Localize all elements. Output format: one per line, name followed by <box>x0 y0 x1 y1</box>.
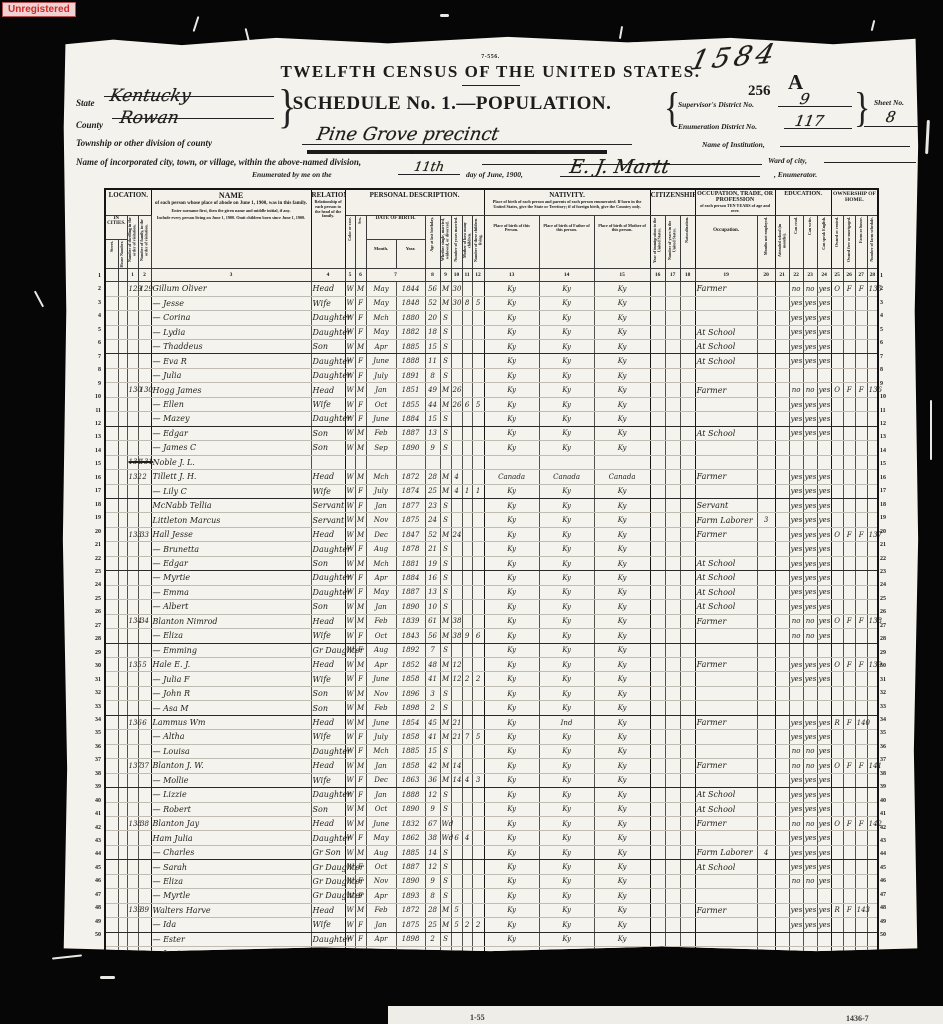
cell-blank <box>105 412 118 426</box>
row-number-left: 21 <box>88 539 101 552</box>
cell-can-read: yes <box>789 513 803 527</box>
cell-years-married <box>451 441 462 455</box>
cell-color: W <box>345 686 355 700</box>
cell-mother-of <box>462 614 472 628</box>
cell-speak-english: yes <box>817 802 831 816</box>
row-numbers-left: 1234567891011121314151617181920212223242… <box>88 270 101 943</box>
cell-family-number <box>138 498 151 512</box>
cell-dwelling-number <box>127 802 138 816</box>
cell-free-mortgaged <box>843 672 855 686</box>
table-row: — EmmingGr DaughterWFAug18927SKyKyKy <box>105 643 878 657</box>
cell-blank <box>105 701 118 715</box>
cell-blank <box>665 282 680 296</box>
cell-speak-english: yes <box>817 874 831 888</box>
column-number: 17 <box>665 269 680 282</box>
cell-family-number <box>138 672 151 686</box>
cell-farm-house <box>855 831 867 845</box>
cell-birth-month: Feb <box>366 426 396 440</box>
cell-age: 52 <box>425 296 440 310</box>
cell-can-read: yes <box>789 788 803 802</box>
cell-pob-person: Ky <box>484 513 539 527</box>
cell-pob-mother: Ky <box>594 788 650 802</box>
cell-blank <box>775 788 789 802</box>
cell-sex: F <box>355 629 366 643</box>
cell-blank <box>118 383 127 397</box>
cell-name: — Brunetta <box>151 542 311 556</box>
cell-birth-year <box>396 455 425 469</box>
table-row: — Julia FWifeWFJune185841M1222KyKyKyyesy… <box>105 672 878 686</box>
cell-birth-year: 1890 <box>396 874 425 888</box>
table-row: — BrunettaDaughterWFAug187821SKyKyKyyesy… <box>105 542 878 556</box>
cell-free-mortgaged <box>843 860 855 874</box>
cell-can-write: yes <box>803 470 817 484</box>
cell-blank <box>105 918 118 932</box>
sheet-underline <box>864 126 920 127</box>
cell-age: 38 <box>425 975 440 989</box>
cell-farm-schedule: 137 <box>867 527 878 541</box>
row-number-left: 41 <box>88 808 101 821</box>
cell-birth-year: 1890 <box>396 441 425 455</box>
row-number-left: 24 <box>88 579 101 592</box>
cell-dwelling-number <box>127 571 138 585</box>
table-row: — John RSonWMNov18963SKyKyKy <box>105 686 878 700</box>
cell-pob-person: Ky <box>484 571 539 585</box>
cell-pob-father: Ky <box>539 296 594 310</box>
cell-birth-month: Feb <box>366 701 396 715</box>
cell-color: W <box>345 701 355 715</box>
cell-years-married <box>451 600 462 614</box>
table-row: — EmmaDaughterWFMay188713SKyKyKyAt Schoo… <box>105 585 878 599</box>
cell-blank <box>105 629 118 643</box>
cell-owned-rented <box>831 918 843 932</box>
cell-pob-person: Ky <box>484 686 539 700</box>
cell-sex: F <box>355 744 366 758</box>
cell-farm-schedule <box>867 600 878 614</box>
header-years-us: Number of years in the United States. <box>665 215 680 269</box>
cell-farm-house <box>855 542 867 556</box>
cell-farm-house: F <box>855 657 867 671</box>
cell-birth-month: Mch <box>366 470 396 484</box>
cell-farm-schedule <box>867 788 878 802</box>
cell-farm-schedule <box>867 802 878 816</box>
cell-name: Blanton Nimrod <box>151 614 311 628</box>
cell-speak-english: yes <box>817 614 831 628</box>
cell-pob-mother: Ky <box>594 441 650 455</box>
cell-mother-of: 4 <box>462 773 472 787</box>
cell-relation: Daughter <box>311 831 345 845</box>
cell-speak-english: yes <box>817 860 831 874</box>
cell-name: — Eva R <box>151 354 311 368</box>
cell-farm-house <box>855 513 867 527</box>
cell-blank <box>680 643 695 657</box>
cell-months-not-employed <box>757 889 775 903</box>
row-number-left: 6 <box>88 337 101 350</box>
cell-blank <box>650 816 665 830</box>
header-attended-school: Attended school (in months). <box>775 215 789 269</box>
cell-blank <box>775 325 789 339</box>
row-number-left: 27 <box>88 620 101 633</box>
cell-blank <box>775 455 789 469</box>
table-row: — ElizaGr DaughterWFNov18909SKyKyKynonoy… <box>105 874 878 888</box>
cell-mother-of <box>462 340 472 354</box>
cell-blank <box>665 831 680 845</box>
cell-color: W <box>345 845 355 859</box>
table-row: — James CSonWMSep18909SKyKyKy <box>105 441 878 455</box>
cell-mother-of <box>462 816 472 830</box>
cell-months-not-employed <box>757 629 775 643</box>
cell-birth-month: May <box>366 282 396 296</box>
table-row: — MollieWifeWFDec186336M1443KyKyKyyesyes… <box>105 773 878 787</box>
cell-marital: S <box>440 498 451 512</box>
cell-mother-of <box>462 715 472 729</box>
cell-can-write: yes <box>803 311 817 325</box>
cell-age: 8 <box>425 368 440 382</box>
census-sheet-paper: 7-556. TWELFTH CENSUS OF THE UNITED STAT… <box>62 36 919 952</box>
cell-birth-month: Mch <box>366 990 396 1005</box>
cell-relation: Son <box>311 441 345 455</box>
enumeration-underline <box>784 128 852 129</box>
cell-color: W <box>345 614 355 628</box>
cell-can-read: yes <box>789 470 803 484</box>
cell-relation: Gr Son <box>311 845 345 859</box>
cell-blank <box>665 585 680 599</box>
cell-mother-of <box>462 788 472 802</box>
cell-years-married: 24 <box>451 527 462 541</box>
table-row: 13434Blanton NimrodHeadWMFeb183961M38KyK… <box>105 614 878 628</box>
cell-pob-mother: Ky <box>594 484 650 498</box>
cell-marital: M <box>440 397 451 411</box>
cell-children-living <box>472 643 484 657</box>
cell-blank <box>105 470 118 484</box>
cell-birth-year: 1899 <box>396 947 425 961</box>
cell-blank <box>680 759 695 773</box>
cell-pob-father: Ky <box>539 759 594 773</box>
cell-marital: S <box>440 845 451 859</box>
cell-owned-rented <box>831 874 843 888</box>
cell-pob-person: Ky <box>484 282 539 296</box>
cell-owned-rented <box>831 325 843 339</box>
cell-blank <box>665 947 680 961</box>
cell-owned-rented <box>831 860 843 874</box>
column-number: 10 <box>451 269 462 282</box>
cell-speak-english: yes <box>817 340 831 354</box>
cell-blank <box>775 585 789 599</box>
cell-occupation: Farm Laborer <box>695 845 757 859</box>
cell-age: 20 <box>425 311 440 325</box>
cell-children-living <box>472 383 484 397</box>
cell-can-write: no <box>803 874 817 888</box>
cell-pob-father: Ky <box>539 441 594 455</box>
enumerated-suffix: , Enumerator. <box>774 170 817 179</box>
cell-pob-father: Ky <box>539 498 594 512</box>
cell-dwelling-number <box>127 513 138 527</box>
cell-age: 67 <box>425 816 440 830</box>
header-months-not-employed: Months not employed. <box>757 215 775 269</box>
cell-relation: Servant <box>311 498 345 512</box>
cell-months-not-employed <box>757 614 775 628</box>
cell-age: 9 <box>425 802 440 816</box>
cell-farm-schedule: 146 <box>867 961 878 975</box>
column-number-row: 1234567891011121314151617181920212223242… <box>105 269 878 282</box>
cell-months-not-employed <box>757 556 775 570</box>
cell-blank <box>775 990 789 1005</box>
cell-years-married <box>451 571 462 585</box>
cell-name: Blanton Jay <box>151 816 311 830</box>
cell-sex: F <box>355 412 366 426</box>
cell-blank <box>680 513 695 527</box>
cell-sex: M <box>355 759 366 773</box>
cell-blank <box>680 947 695 961</box>
cell-months-not-employed <box>757 730 775 744</box>
cell-farm-schedule <box>867 556 878 570</box>
cell-blank <box>665 600 680 614</box>
cell-blank <box>665 918 680 932</box>
cell-blank <box>775 542 789 556</box>
cell-pob-father: Ky <box>539 600 594 614</box>
row-number-right: 44 <box>880 848 893 861</box>
cell-blank <box>665 744 680 758</box>
cell-birth-year: 1898 <box>396 932 425 946</box>
cell-farm-house <box>855 701 867 715</box>
row-number-left: 15 <box>88 458 101 471</box>
row-number-right: 33 <box>880 701 893 714</box>
cell-farm-schedule <box>867 470 878 484</box>
cell-marital: S <box>440 556 451 570</box>
cell-dwelling-number <box>127 629 138 643</box>
cell-birth-month: Oct <box>366 802 396 816</box>
cell-blank <box>650 788 665 802</box>
cell-can-read: yes <box>789 831 803 845</box>
cell-free-mortgaged: F <box>843 657 855 671</box>
cell-relation: Gr Daughter <box>311 889 345 903</box>
cell-blank <box>105 961 118 975</box>
cell-blank <box>775 816 789 830</box>
cell-occupation <box>695 311 757 325</box>
cell-blank <box>665 412 680 426</box>
cell-birth-year: 1855 <box>396 397 425 411</box>
cell-birth-month: Apr <box>366 975 396 989</box>
cell-can-write: yes <box>803 788 817 802</box>
cell-months-not-employed <box>757 368 775 382</box>
cell-pob-person: Ky <box>484 903 539 917</box>
cell-mother-of <box>462 874 472 888</box>
cell-speak-english: yes <box>817 629 831 643</box>
cell-months-not-employed <box>757 441 775 455</box>
cell-blank <box>105 325 118 339</box>
cell-can-read: no <box>789 759 803 773</box>
cell-months-not-employed <box>757 990 775 1005</box>
cell-speak-english <box>817 368 831 382</box>
cell-blank <box>105 513 118 527</box>
cell-age: 9 <box>425 874 440 888</box>
cell-months-not-employed <box>757 643 775 657</box>
cell-farm-schedule <box>867 354 878 368</box>
cell-pob-mother: Ky <box>594 643 650 657</box>
cell-birth-year: 1847 <box>396 527 425 541</box>
row-number-left: 34 <box>88 714 101 727</box>
cell-age: 18 <box>425 325 440 339</box>
cell-age: 41 <box>425 730 440 744</box>
cell-pob-mother: Ky <box>594 311 650 325</box>
column-number: 20 <box>757 269 775 282</box>
cell-can-read: no <box>789 629 803 643</box>
cell-owned-rented: O <box>831 990 843 1005</box>
cell-birth-year: 1874 <box>396 484 425 498</box>
cell-blank <box>105 874 118 888</box>
title-divider <box>462 85 520 86</box>
cell-years-married <box>451 311 462 325</box>
cell-pob-mother: Ky <box>594 614 650 628</box>
column-number: 13 <box>484 269 539 282</box>
cell-relation: Daughter <box>311 354 345 368</box>
cell-blank <box>105 498 118 512</box>
cell-dwelling-number: 141 <box>127 990 138 1005</box>
cell-pob-father: Ky <box>539 397 594 411</box>
header-pob-person: Place of birth of this Person. <box>484 215 539 269</box>
cell-blank <box>105 600 118 614</box>
cell-pob-father: Ky <box>539 383 594 397</box>
table-row: 13939Walters HarveHeadWMFeb187228M5KyKyK… <box>105 903 878 917</box>
cell-blank <box>775 744 789 758</box>
cell-age: 9 <box>425 441 440 455</box>
cell-pob-mother: Ky <box>594 498 650 512</box>
cell-relation: Daughter <box>311 311 345 325</box>
cell-marital: S <box>440 585 451 599</box>
cell-children-living <box>472 354 484 368</box>
cell-blank <box>775 860 789 874</box>
cell-can-read: no <box>789 874 803 888</box>
cell-blank <box>665 325 680 339</box>
cell-children-living <box>472 585 484 599</box>
cell-farm-schedule <box>867 455 878 469</box>
cell-mother-of <box>462 744 472 758</box>
cell-speak-english: yes <box>817 426 831 440</box>
row-number-right: 48 <box>880 902 893 915</box>
cell-birth-month: May <box>366 325 396 339</box>
cell-relation: Wife <box>311 975 345 989</box>
township-note: (Insert name of township, town, precinct… <box>307 150 607 154</box>
column-number: 9 <box>440 269 451 282</box>
row-number-left: 9 <box>88 378 101 391</box>
cell-blank <box>665 961 680 975</box>
cell-blank <box>105 542 118 556</box>
cell-birth-month: Nov <box>366 947 396 961</box>
cell-months-not-employed <box>757 686 775 700</box>
cell-marital: S <box>440 744 451 758</box>
cell-free-mortgaged <box>843 788 855 802</box>
cell-blank <box>680 629 695 643</box>
cell-age: 61 <box>425 614 440 628</box>
cell-marital: S <box>440 947 451 961</box>
cell-pob-person: Ky <box>484 542 539 556</box>
cell-months-not-employed <box>757 542 775 556</box>
cell-blank <box>650 600 665 614</box>
cell-pob-person: Ky <box>484 932 539 946</box>
cell-blank <box>650 527 665 541</box>
cell-pob-father: Ky <box>539 975 594 989</box>
row-number-right: 15 <box>880 458 893 471</box>
cell-farm-schedule <box>867 629 878 643</box>
cell-sex: F <box>355 397 366 411</box>
row-number-left: 35 <box>88 727 101 740</box>
cell-farm-house <box>855 325 867 339</box>
cell-age: 3 <box>425 686 440 700</box>
cell-free-mortgaged <box>843 932 855 946</box>
cell-free-mortgaged <box>843 889 855 903</box>
cell-birth-year: 1863 <box>396 773 425 787</box>
cell-pob-person: Ky <box>484 340 539 354</box>
cell-blank <box>775 397 789 411</box>
column-number: 2 <box>138 269 151 282</box>
cell-dwelling-number <box>127 412 138 426</box>
cell-farm-house <box>855 600 867 614</box>
cell-marital: S <box>440 441 451 455</box>
cell-age: 15 <box>425 744 440 758</box>
row-number-right: 28 <box>880 633 893 646</box>
cell-blank <box>650 643 665 657</box>
cell-birth-year: 1898 <box>396 701 425 715</box>
cell-blank <box>665 556 680 570</box>
cell-free-mortgaged <box>843 426 855 440</box>
cell-blank <box>105 340 118 354</box>
cell-free-mortgaged <box>843 629 855 643</box>
cell-pob-father: Ky <box>539 325 594 339</box>
cell-name: — Julia F <box>151 672 311 686</box>
cell-pob-person: Ky <box>484 643 539 657</box>
cell-blank <box>680 686 695 700</box>
cell-name: Lammus Wm <box>151 715 311 729</box>
cell-children-living <box>472 600 484 614</box>
cell-family-number <box>138 354 151 368</box>
cell-age: 14 <box>425 845 440 859</box>
cell-months-not-employed <box>757 947 775 961</box>
cell-blank <box>775 802 789 816</box>
cell-blank <box>105 657 118 671</box>
header-education-group: EDUCATION. <box>775 189 831 215</box>
cell-age: 8 <box>425 889 440 903</box>
cell-children-living <box>472 311 484 325</box>
row-number-left: 8 <box>88 364 101 377</box>
cell-blank <box>118 455 127 469</box>
cell-occupation <box>695 629 757 643</box>
cell-speak-english: yes <box>817 918 831 932</box>
cell-can-read <box>789 455 803 469</box>
cell-blank <box>775 600 789 614</box>
cell-free-mortgaged <box>843 513 855 527</box>
cell-mother-of <box>462 325 472 339</box>
cell-blank <box>775 527 789 541</box>
cell-can-read: yes <box>789 975 803 989</box>
cell-children-living <box>472 614 484 628</box>
column-number: 28 <box>867 269 878 282</box>
row-number-right: 14 <box>880 445 893 458</box>
cell-farm-schedule <box>867 426 878 440</box>
cell-can-read: yes <box>789 412 803 426</box>
cell-age: 11 <box>425 354 440 368</box>
cell-blank <box>118 600 127 614</box>
cell-pob-mother: Ky <box>594 773 650 787</box>
header-free-mortgaged: Owned free or mortgaged. <box>843 215 855 269</box>
row-number-right: 50 <box>880 929 893 942</box>
row-number-right: 34 <box>880 714 893 727</box>
cell-age: 37 <box>425 990 440 1005</box>
cell-color: W <box>345 990 355 1005</box>
cell-marital: S <box>440 686 451 700</box>
cell-pob-person: Ky <box>484 296 539 310</box>
cell-blank <box>650 614 665 628</box>
row-number-right: 46 <box>880 875 893 888</box>
cell-age: 2 <box>425 932 440 946</box>
